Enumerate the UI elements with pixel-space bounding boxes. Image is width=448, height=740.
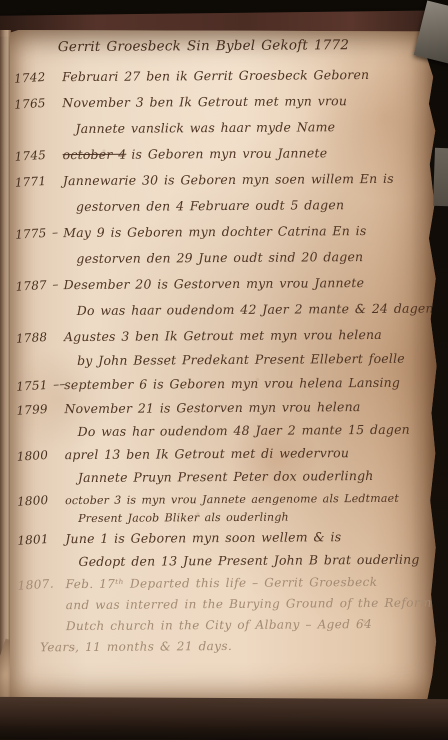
entry-text: Do was har oudendom 48 Jaer 2 mante 15 d… [65, 422, 410, 439]
register-entry-continuation: Do was haar oudendom 42 Jaer 2 mante & 2… [16, 301, 437, 330]
register-entry-pencil: Dutch church in the City of Albany – Age… [18, 617, 437, 641]
register-entry: 1801 June 1 is Geboren myn soon wellem &… [17, 529, 437, 555]
entry-text: Dutch church in the City of Albany – Age… [66, 617, 372, 633]
register-entry-continuation: Do was har oudendom 48 Jaer 2 mante 15 d… [17, 422, 437, 448]
register-entry-pencil: and was interred in the Burying Ground o… [18, 596, 437, 620]
entry-year [15, 262, 63, 265]
entry-text: gestorven den 4 Februare oudt 5 dagen [63, 197, 344, 214]
register-entry-pencil: Years, 11 months & 21 days. [18, 638, 437, 662]
entry-text: and was interred in the Burying Ground o… [66, 595, 437, 612]
entry-text: May 9 is Geboren myn dochter Catrina En … [63, 223, 366, 240]
entry-text: Jannete Pruyn Present Peter dox ouderlin… [65, 468, 374, 485]
entry-text: october 3 is myn vrou Jannete aengenome … [65, 492, 399, 507]
entry-text: Gedopt den 13 June Present John B brat o… [65, 552, 419, 569]
register-entry: 1775 – May 9 is Geboren myn dochter Catr… [15, 223, 436, 252]
entry-text: June 1 is Geboren myn soon wellem & is [65, 529, 341, 546]
register-entry: 1800 aprel 13 ben Ik Getrout met di wede… [17, 445, 437, 471]
entry-text: Feb. 17ᵗʰ Departed this life – Gerrit Gr… [66, 575, 378, 591]
entry-year: 1788 [16, 329, 65, 346]
register-entry: 1742 Februari 27 ben ik Gerrit Groesbeck… [14, 67, 435, 96]
entry-text: gestorven den 29 June oudt sind 20 dagen [63, 249, 363, 266]
entry-year: 1771 [14, 173, 63, 190]
register-entry-continuation: by John Besset Predekant Present Elleber… [16, 351, 437, 378]
entry-text: November 21 is Gestorven myn vrou helena [64, 399, 360, 416]
entry-year: 1807. [17, 576, 66, 593]
register-entry: 1751 –– september 6 is Geboren myn vrou … [16, 375, 437, 402]
entry-year [18, 629, 66, 632]
entry-text: Desember 20 is Gestorven myn vrou Jannet… [63, 275, 364, 292]
entry-year: 1775 – [15, 225, 64, 242]
entry-year: 1800 [16, 447, 65, 464]
register-entry-continuation: Gedopt den 13 June Present John B brat o… [17, 552, 437, 578]
register-entry: 1799 November 21 is Gestorven myn vrou h… [16, 399, 437, 425]
entry-text: aprel 13 ben Ik Getrout met di wedervrou [65, 445, 349, 462]
entry-year: 1751 –– [16, 377, 65, 394]
register-entry: 1788 Agustes 3 ben Ik Getrout met myn vr… [16, 327, 437, 354]
entry-year: 1745 [14, 147, 63, 164]
register-entry: 1765 November 3 ben Ik Getrout met myn v… [14, 93, 435, 122]
register-entry-pencil: 1807. Feb. 17ᵗʰ Departed this life – Ger… [18, 575, 437, 599]
entry-text: Agustes 3 ben Ik Getrout met myn vrou he… [64, 327, 382, 344]
entry-text: Do was haar oudendom 42 Jaer 2 mante & 2… [64, 301, 434, 319]
register-entry-continuation: Jannete Pruyn Present Peter dox ouderlin… [17, 468, 437, 494]
entry-text: october 4is Geboren myn vrou Jannete [63, 145, 328, 162]
page-title: Gerrit Groesbeck Sin Bybel Gekoft 1772 [14, 37, 435, 70]
entry-year [18, 608, 66, 611]
entry-text-rest: is Geboren myn vrou Jannete [131, 145, 327, 161]
leather-binding-bottom [0, 697, 448, 740]
entry-year [16, 314, 64, 317]
register-entry: 1745 october 4is Geboren myn vrou Jannet… [15, 145, 436, 174]
title-text: Gerrit Groesbeck Sin Bybel Gekoft 1772 [58, 37, 349, 55]
entry-year: 1800 [17, 492, 66, 509]
book-photo: Gerrit Groesbeck Sin Bybel Gekoft 1772 1… [0, 0, 448, 740]
handwritten-register: Gerrit Groesbeck Sin Bybel Gekoft 1772 1… [14, 37, 437, 662]
register-entry-continuation: gestorven den 4 Februare oudt 5 dagen [15, 197, 436, 226]
entry-year: 1799 [16, 401, 65, 418]
entry-year [18, 565, 66, 568]
entry-year [15, 132, 63, 135]
entry-text: Februari 27 ben ik Gerrit Groesbeck Gebo… [62, 67, 369, 84]
entry-text: Years, 11 months & 21 days. [40, 639, 232, 654]
register-entry-continuation: Jannete vanslick was haar myde Name [14, 119, 435, 148]
entry-year [17, 435, 65, 438]
entry-year [17, 521, 65, 524]
entry-year: 1765 [14, 95, 63, 112]
register-entry: 1771 Jannewarie 30 is Geboren myn soen w… [15, 171, 436, 200]
entry-year: 1742 [14, 69, 63, 86]
register-entry: 1787 – Desember 20 is Gestorven myn vrou… [15, 275, 436, 304]
entry-text: Jannewarie 30 is Geboren myn soen willem… [63, 171, 394, 188]
manuscript-page: Gerrit Groesbeck Sin Bybel Gekoft 1772 1… [10, 30, 437, 702]
page-stack-edge-left [0, 30, 11, 698]
struck-out-text: october 4 [63, 147, 127, 162]
repair-tape-fragment [433, 148, 448, 207]
entry-year [16, 364, 64, 367]
entry-year: 1801 [17, 531, 66, 548]
entry-year [17, 481, 65, 484]
entry-text: Present Jacob Bliker als ouderlingh [65, 511, 289, 526]
register-entry-continuation: gestorven den 29 June oudt sind 20 dagen [15, 249, 436, 278]
entry-text: November 3 ben Ik Getrout met myn vrou [62, 93, 347, 110]
entry-year: 1787 – [15, 277, 64, 294]
entry-text: september 6 is Geboren myn vrou helena L… [64, 375, 400, 392]
entry-year [15, 210, 63, 213]
entry-text: Jannete vanslick was haar myde Name [62, 119, 335, 136]
entry-text: by John Besset Predekant Present Elleber… [64, 351, 405, 368]
